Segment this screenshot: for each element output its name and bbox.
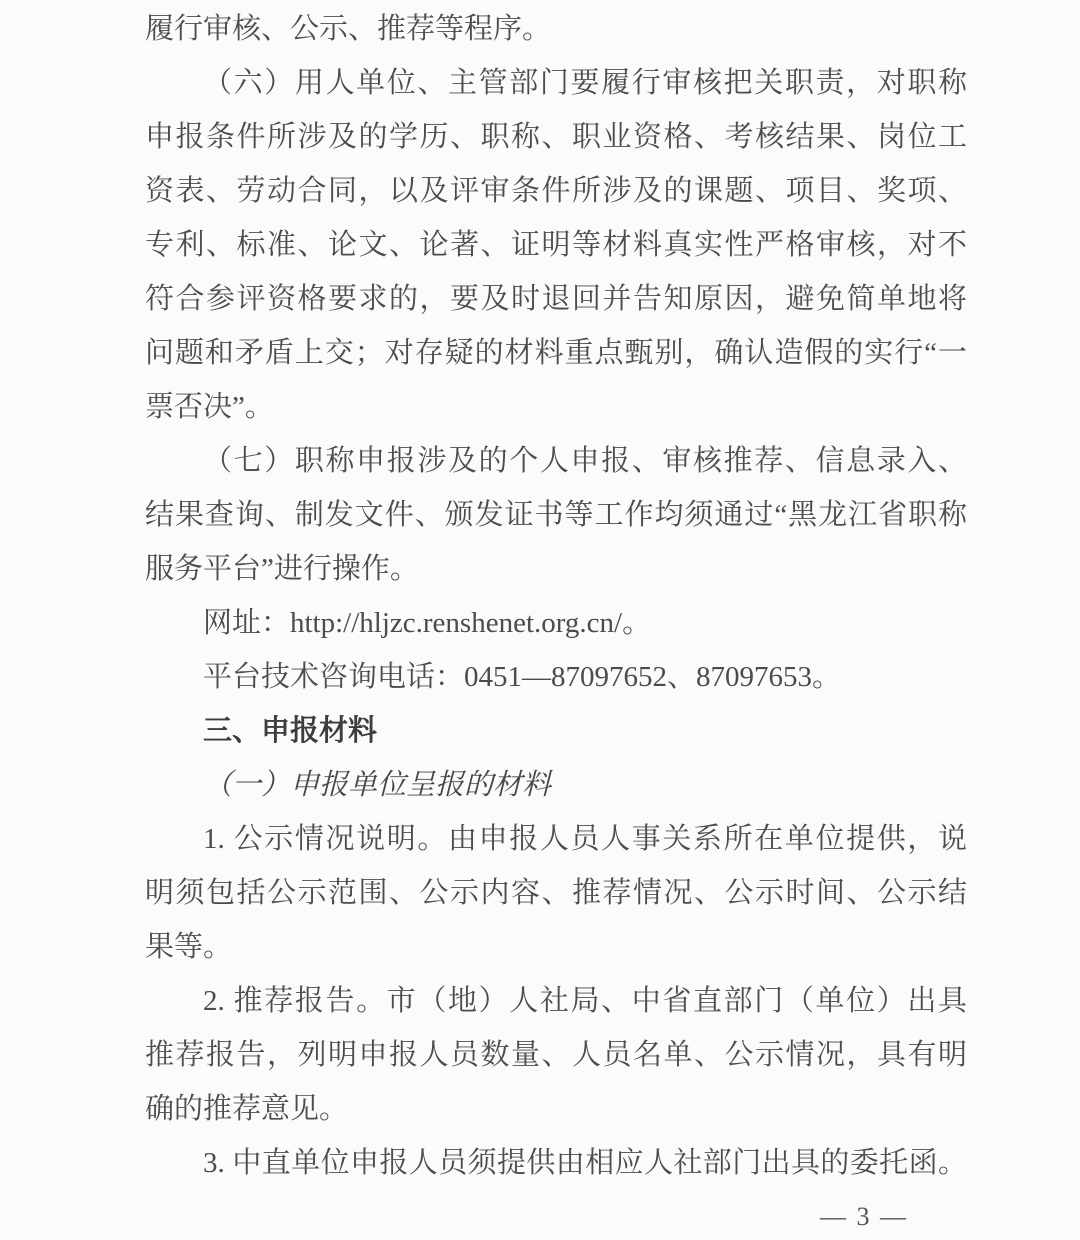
subsection-heading: （一）申报单位呈报的材料 bbox=[145, 758, 967, 812]
document-body: 履行审核、公示、推荐等程序。 （六）用人单位、主管部门要履行审核把关职责，对职称… bbox=[145, 2, 967, 1190]
paragraph-line: 票否决”。 bbox=[145, 380, 967, 434]
paragraph-line: 明须包括公示范围、公示内容、推荐情况、公示时间、公示结 bbox=[145, 866, 967, 920]
paragraph-line: 结果查询、制发文件、颁发证书等工作均须通过“黑龙江省职称 bbox=[145, 488, 967, 542]
paragraph-line: 推荐报告，列明申报人员数量、人员名单、公示情况，具有明 bbox=[145, 1028, 967, 1082]
page-number: — 3 — bbox=[820, 1190, 908, 1240]
website-url-line: 网址：http://hljzc.renshenet.org.cn/。 bbox=[145, 596, 967, 650]
paragraph-line: 资表、劳动合同，以及评审条件所涉及的课题、项目、奖项、 bbox=[145, 164, 967, 218]
phone-line: 平台技术咨询电话：0451—87097652、87097653。 bbox=[145, 650, 967, 704]
paragraph-line: 专利、标准、论文、论著、证明等材料真实性严格审核，对不 bbox=[145, 218, 967, 272]
paragraph-line: 1. 公示情况说明。由申报人员人事关系所在单位提供，说 bbox=[145, 812, 967, 866]
document-page: 履行审核、公示、推荐等程序。 （六）用人单位、主管部门要履行审核把关职责，对职称… bbox=[0, 0, 1080, 1240]
paragraph-line: 2. 推荐报告。市（地）人社局、中省直部门（单位）出具 bbox=[145, 974, 967, 1028]
paragraph-line: （六）用人单位、主管部门要履行审核把关职责，对职称 bbox=[145, 56, 967, 110]
paragraph-line: 履行审核、公示、推荐等程序。 bbox=[145, 2, 967, 56]
paragraph-line: 申报条件所涉及的学历、职称、职业资格、考核结果、岗位工 bbox=[145, 110, 967, 164]
paragraph-line: 确的推荐意见。 bbox=[145, 1082, 967, 1136]
section-heading: 三、申报材料 bbox=[145, 704, 967, 758]
paragraph-line: 问题和矛盾上交；对存疑的材料重点甄别，确认造假的实行“一 bbox=[145, 326, 967, 380]
paragraph-line: 3. 中直单位申报人员须提供由相应人社部门出具的委托函。 bbox=[145, 1136, 967, 1190]
paragraph-line: （七）职称申报涉及的个人申报、审核推荐、信息录入、 bbox=[145, 434, 967, 488]
paragraph-line: 服务平台”进行操作。 bbox=[145, 542, 967, 596]
paragraph-line: 符合参评资格要求的，要及时退回并告知原因，避免简单地将 bbox=[145, 272, 967, 326]
paragraph-line: 果等。 bbox=[145, 920, 967, 974]
